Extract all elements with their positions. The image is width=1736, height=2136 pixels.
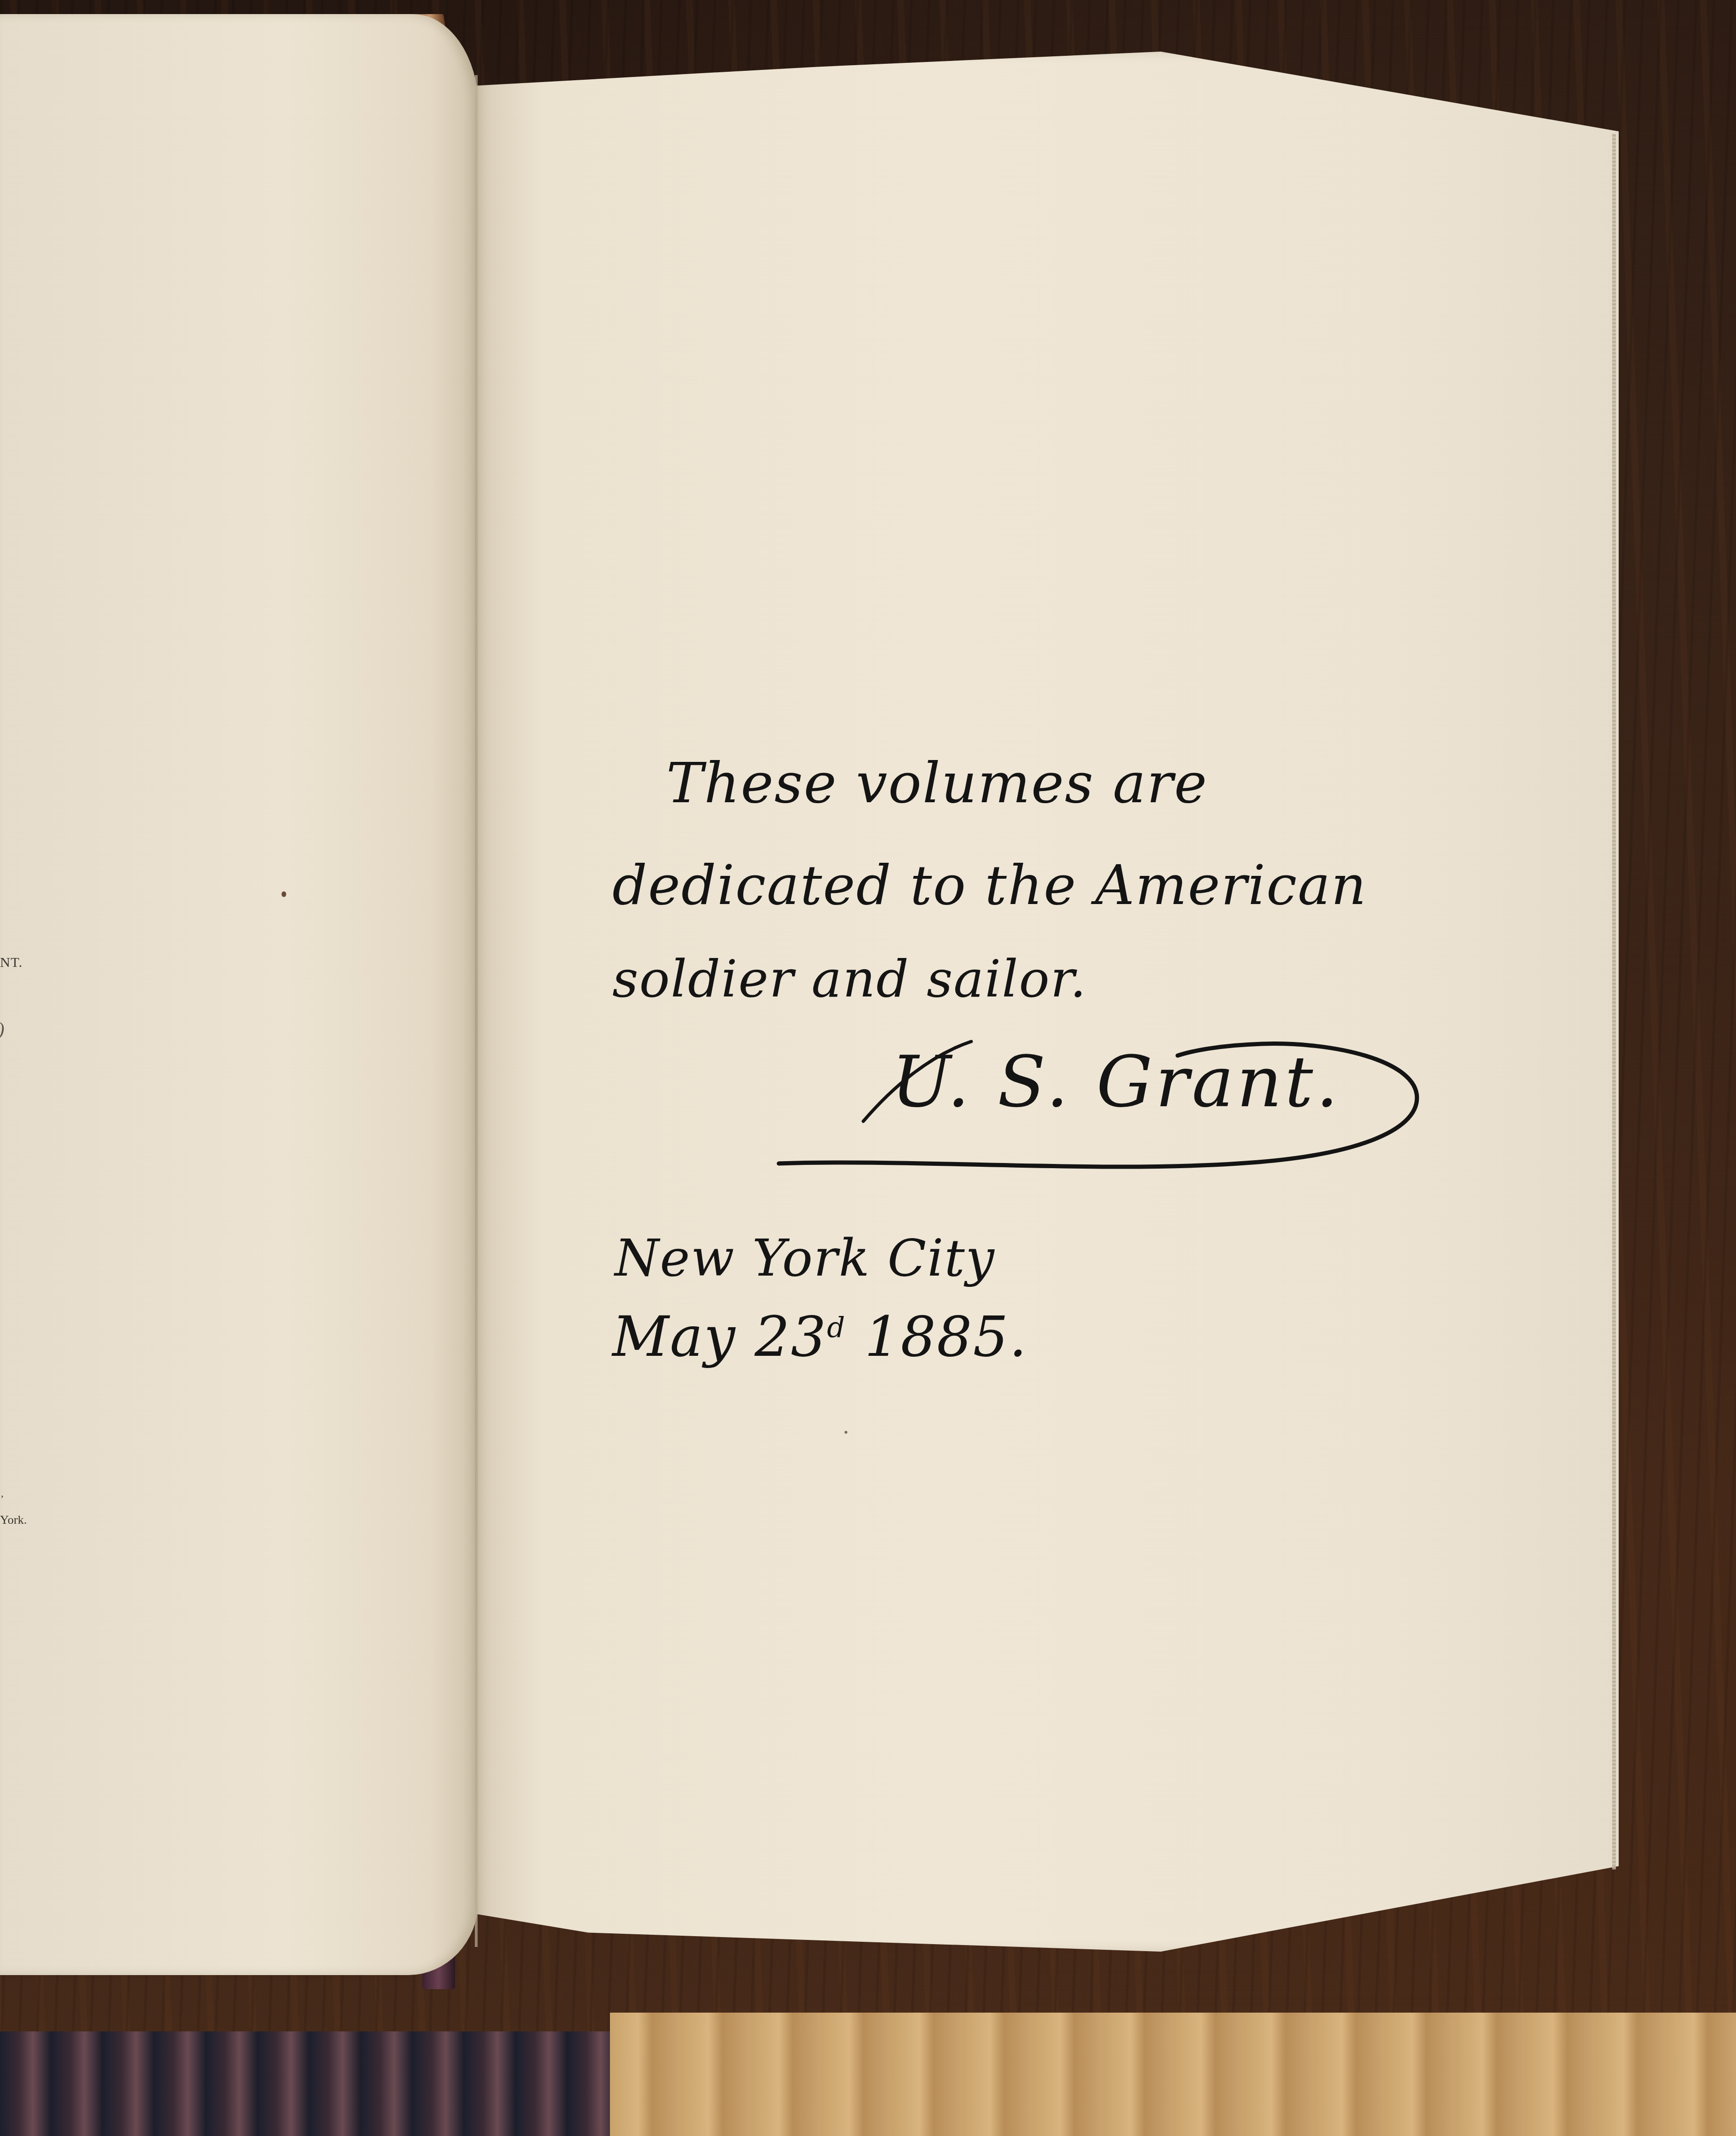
dedication-line-3: soldier and sailor. xyxy=(612,950,1087,1009)
left-page: NT. ) , York. xyxy=(0,14,479,1975)
dedication-line-1: These volumes are xyxy=(666,751,1208,815)
paper-foxing-spot xyxy=(282,891,286,897)
paper-speck xyxy=(845,1431,847,1434)
photo-scene: NT. ) , York. These volumes are dedicate… xyxy=(0,0,1736,2136)
date-year: 1885. xyxy=(864,1304,1028,1369)
floor-boards xyxy=(610,2013,1736,2136)
signature: U. S. Grant. xyxy=(891,1041,1341,1123)
left-page-flourish-fragment: ) xyxy=(0,1018,4,1040)
book-gutter xyxy=(475,75,478,1947)
signature-block: U. S. Grant. xyxy=(769,1023,1426,1178)
floor-rug xyxy=(0,2031,610,2136)
page-fore-edge xyxy=(1612,134,1616,1870)
date-line: May 23d 1885. xyxy=(612,1304,1028,1369)
date-month-day: May 23 xyxy=(612,1304,827,1369)
left-page-imprint-comma: , xyxy=(1,1487,4,1499)
left-page-title-fragment: NT. xyxy=(0,955,23,971)
dedication-line-2: dedicated to the American xyxy=(612,854,1367,917)
place-line: New York City xyxy=(615,1229,995,1288)
left-page-imprint-fragment: York. xyxy=(0,1513,27,1527)
date-ordinal: d xyxy=(827,1311,846,1344)
